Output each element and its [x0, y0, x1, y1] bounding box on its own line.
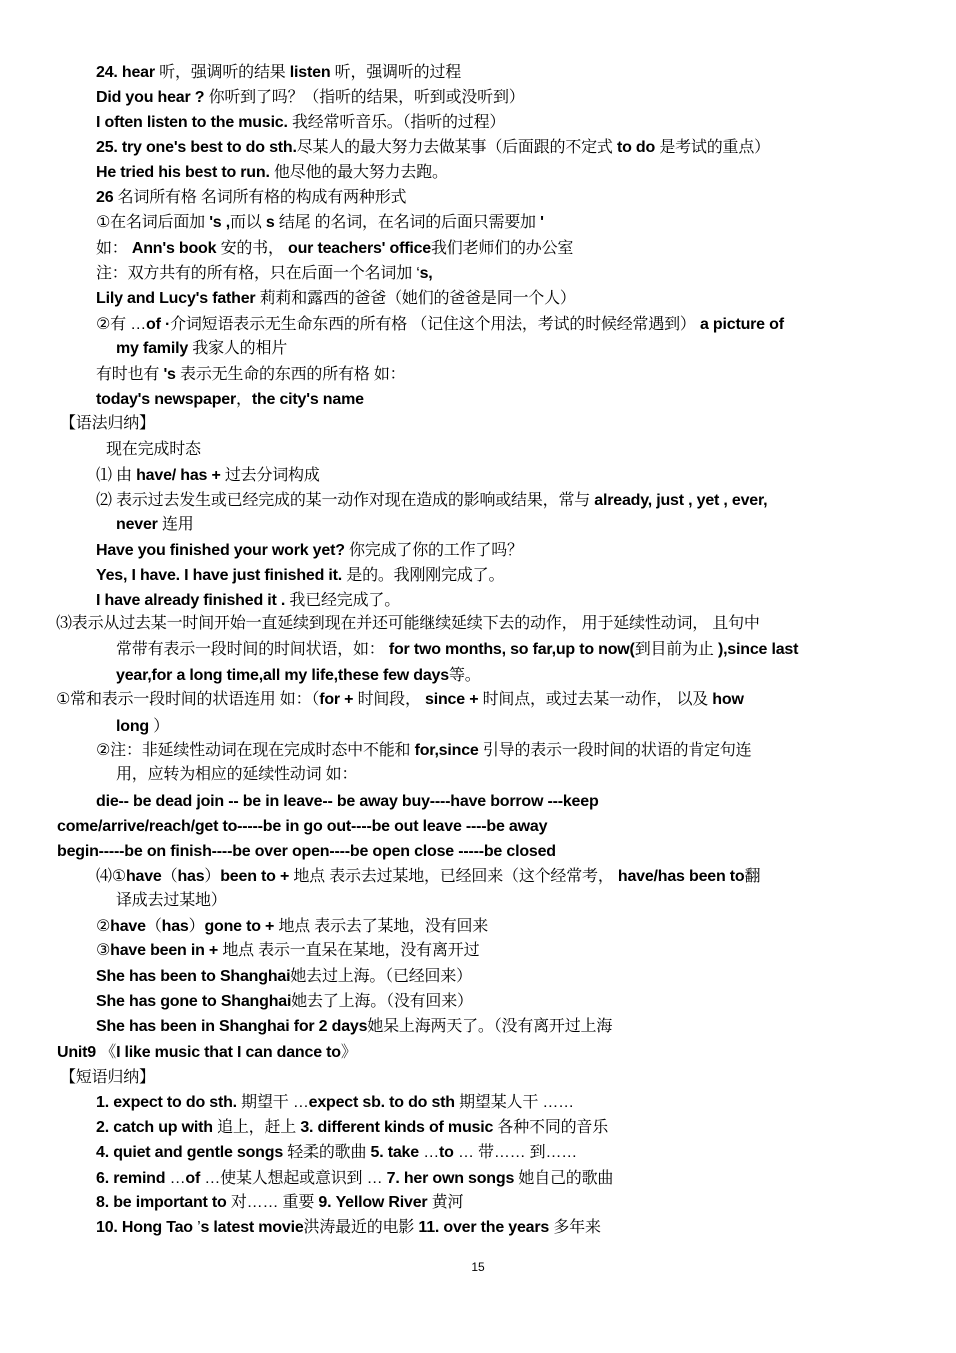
- text-line: 8. be important to 对…… 重要 9. Yellow Rive…: [96, 1193, 463, 1213]
- text-line: She has been in Shanghai for 2 days她呆上海两…: [96, 1017, 612, 1037]
- text-line: I often listen to the music. 我经常听音乐。（指听的…: [96, 113, 505, 133]
- text-line: 用，应转为相应的延续性动词 如：: [116, 765, 357, 785]
- text-line: 4. quiet and gentle songs 轻柔的歌曲 5. take …: [96, 1143, 577, 1163]
- text-line: come/arrive/reach/get to-----be in go ou…: [57, 817, 547, 837]
- text-line: 1. expect to do sth. 期望干 …expect sb. to …: [96, 1093, 574, 1113]
- text-line: 译成去过某地）: [116, 891, 227, 911]
- text-line: 注：双方共有的所有格，只在后面一个名词加 ‘s,: [96, 264, 433, 284]
- text-line: ⑶表示从过去某一时间开始一直延续到现在并还可能继续延续下去的动作， 用于延续性动…: [56, 614, 760, 634]
- text-line: 常带有表示一段时间的时间状语，如： for two months, so far…: [116, 640, 798, 660]
- text-line: ③have been in + 地点 表示一直呆在某地，没有离开过: [96, 941, 479, 961]
- text-line: ⑷①have（has）been to + 地点 表示去过某地，已经回来（这个经常…: [96, 867, 760, 887]
- text-line: I have already finished it . 我已经完成了。: [96, 591, 400, 611]
- text-line: die-- be dead join -- be in leave-- be a…: [96, 792, 599, 812]
- text-line: Did you hear ? 你听到了吗？（指听的结果，听到或没听到）: [96, 88, 525, 108]
- text-line: 如： Ann's book 安的书， our teachers' office我…: [96, 239, 573, 259]
- text-line: 有时也有 's 表示无生命的东西的所有格 如：: [96, 365, 405, 385]
- text-line: year,for a long time,all my life,these f…: [116, 666, 481, 686]
- text-line: Have you finished your work yet? 你完成了你的工…: [96, 541, 523, 561]
- text-line: He tried his best to run. 他尽他的最大努力去跑。: [96, 163, 448, 183]
- text-line: 现在完成时态: [106, 440, 201, 460]
- text-line: 24. hear 听，强调听的结果 listen 听，强调听的过程: [96, 63, 461, 83]
- text-line: ⑴ 由 have/ has + 过去分词构成: [96, 466, 320, 486]
- text-line: ⑵ 表示过去发生或已经完成的某一动作对现在造成的影响或结果，常与 already…: [96, 491, 767, 511]
- text-line: 25. try one's best to do sth.尽某人的最大努力去做某…: [96, 138, 770, 158]
- text-line: ②have（has）gone to + 地点 表示去了某地，没有回来: [96, 917, 488, 937]
- text-line: my family 我家人的相片: [116, 339, 287, 359]
- document-page: 24. hear 听，强调听的结果 listen 听，强调听的过程Did you…: [0, 0, 956, 1353]
- text-line: ②注：非延续性动词在现在完成时态中不能和 for,since 引导的表示一段时间…: [96, 741, 751, 761]
- text-line: 2. catch up with 追上，赶上 3. different kind…: [96, 1118, 608, 1138]
- text-line: long ）: [116, 717, 169, 737]
- text-line: 10. Hong Tao ’s latest movie洪涛最近的电影 11. …: [96, 1218, 601, 1238]
- text-line: today's newspaper，the city's name: [96, 390, 364, 410]
- text-line: 26 名词所有格 名词所有格的构成有两种形式: [96, 188, 406, 208]
- text-line: Unit9 《I like music that I can dance to》: [57, 1043, 357, 1063]
- text-line: 【语法归纳】: [60, 414, 155, 434]
- page-number: 15: [0, 1260, 956, 1274]
- text-line: 【短语归纳】: [60, 1068, 155, 1088]
- text-line: begin-----be on finish----be over open--…: [57, 842, 556, 862]
- text-line: 6. remind …of …使某人想起或意识到 … 7. her own so…: [96, 1169, 613, 1189]
- text-line: ①常和表示一段时间的状语连用 如：（for + 时间段， since + 时间点…: [56, 690, 744, 710]
- text-line: ②有 …of ·介词短语表示无生命东西的所有格 （记住这个用法，考试的时候经常遇…: [96, 315, 784, 335]
- text-line: She has gone to Shanghai她去了上海。（没有回来）: [96, 992, 473, 1012]
- text-line: ①在名词后面加 's ,而以 s 结尾 的名词，在名词的后面只需要加 ': [96, 213, 544, 233]
- text-line: Yes, I have. I have just finished it. 是的…: [96, 566, 504, 586]
- text-line: She has been to Shanghai她去过上海。（已经回来）: [96, 967, 472, 987]
- text-line: Lily and Lucy's father 莉莉和露西的爸爸（她们的爸爸是同一…: [96, 289, 576, 309]
- text-line: never 连用: [116, 515, 194, 535]
